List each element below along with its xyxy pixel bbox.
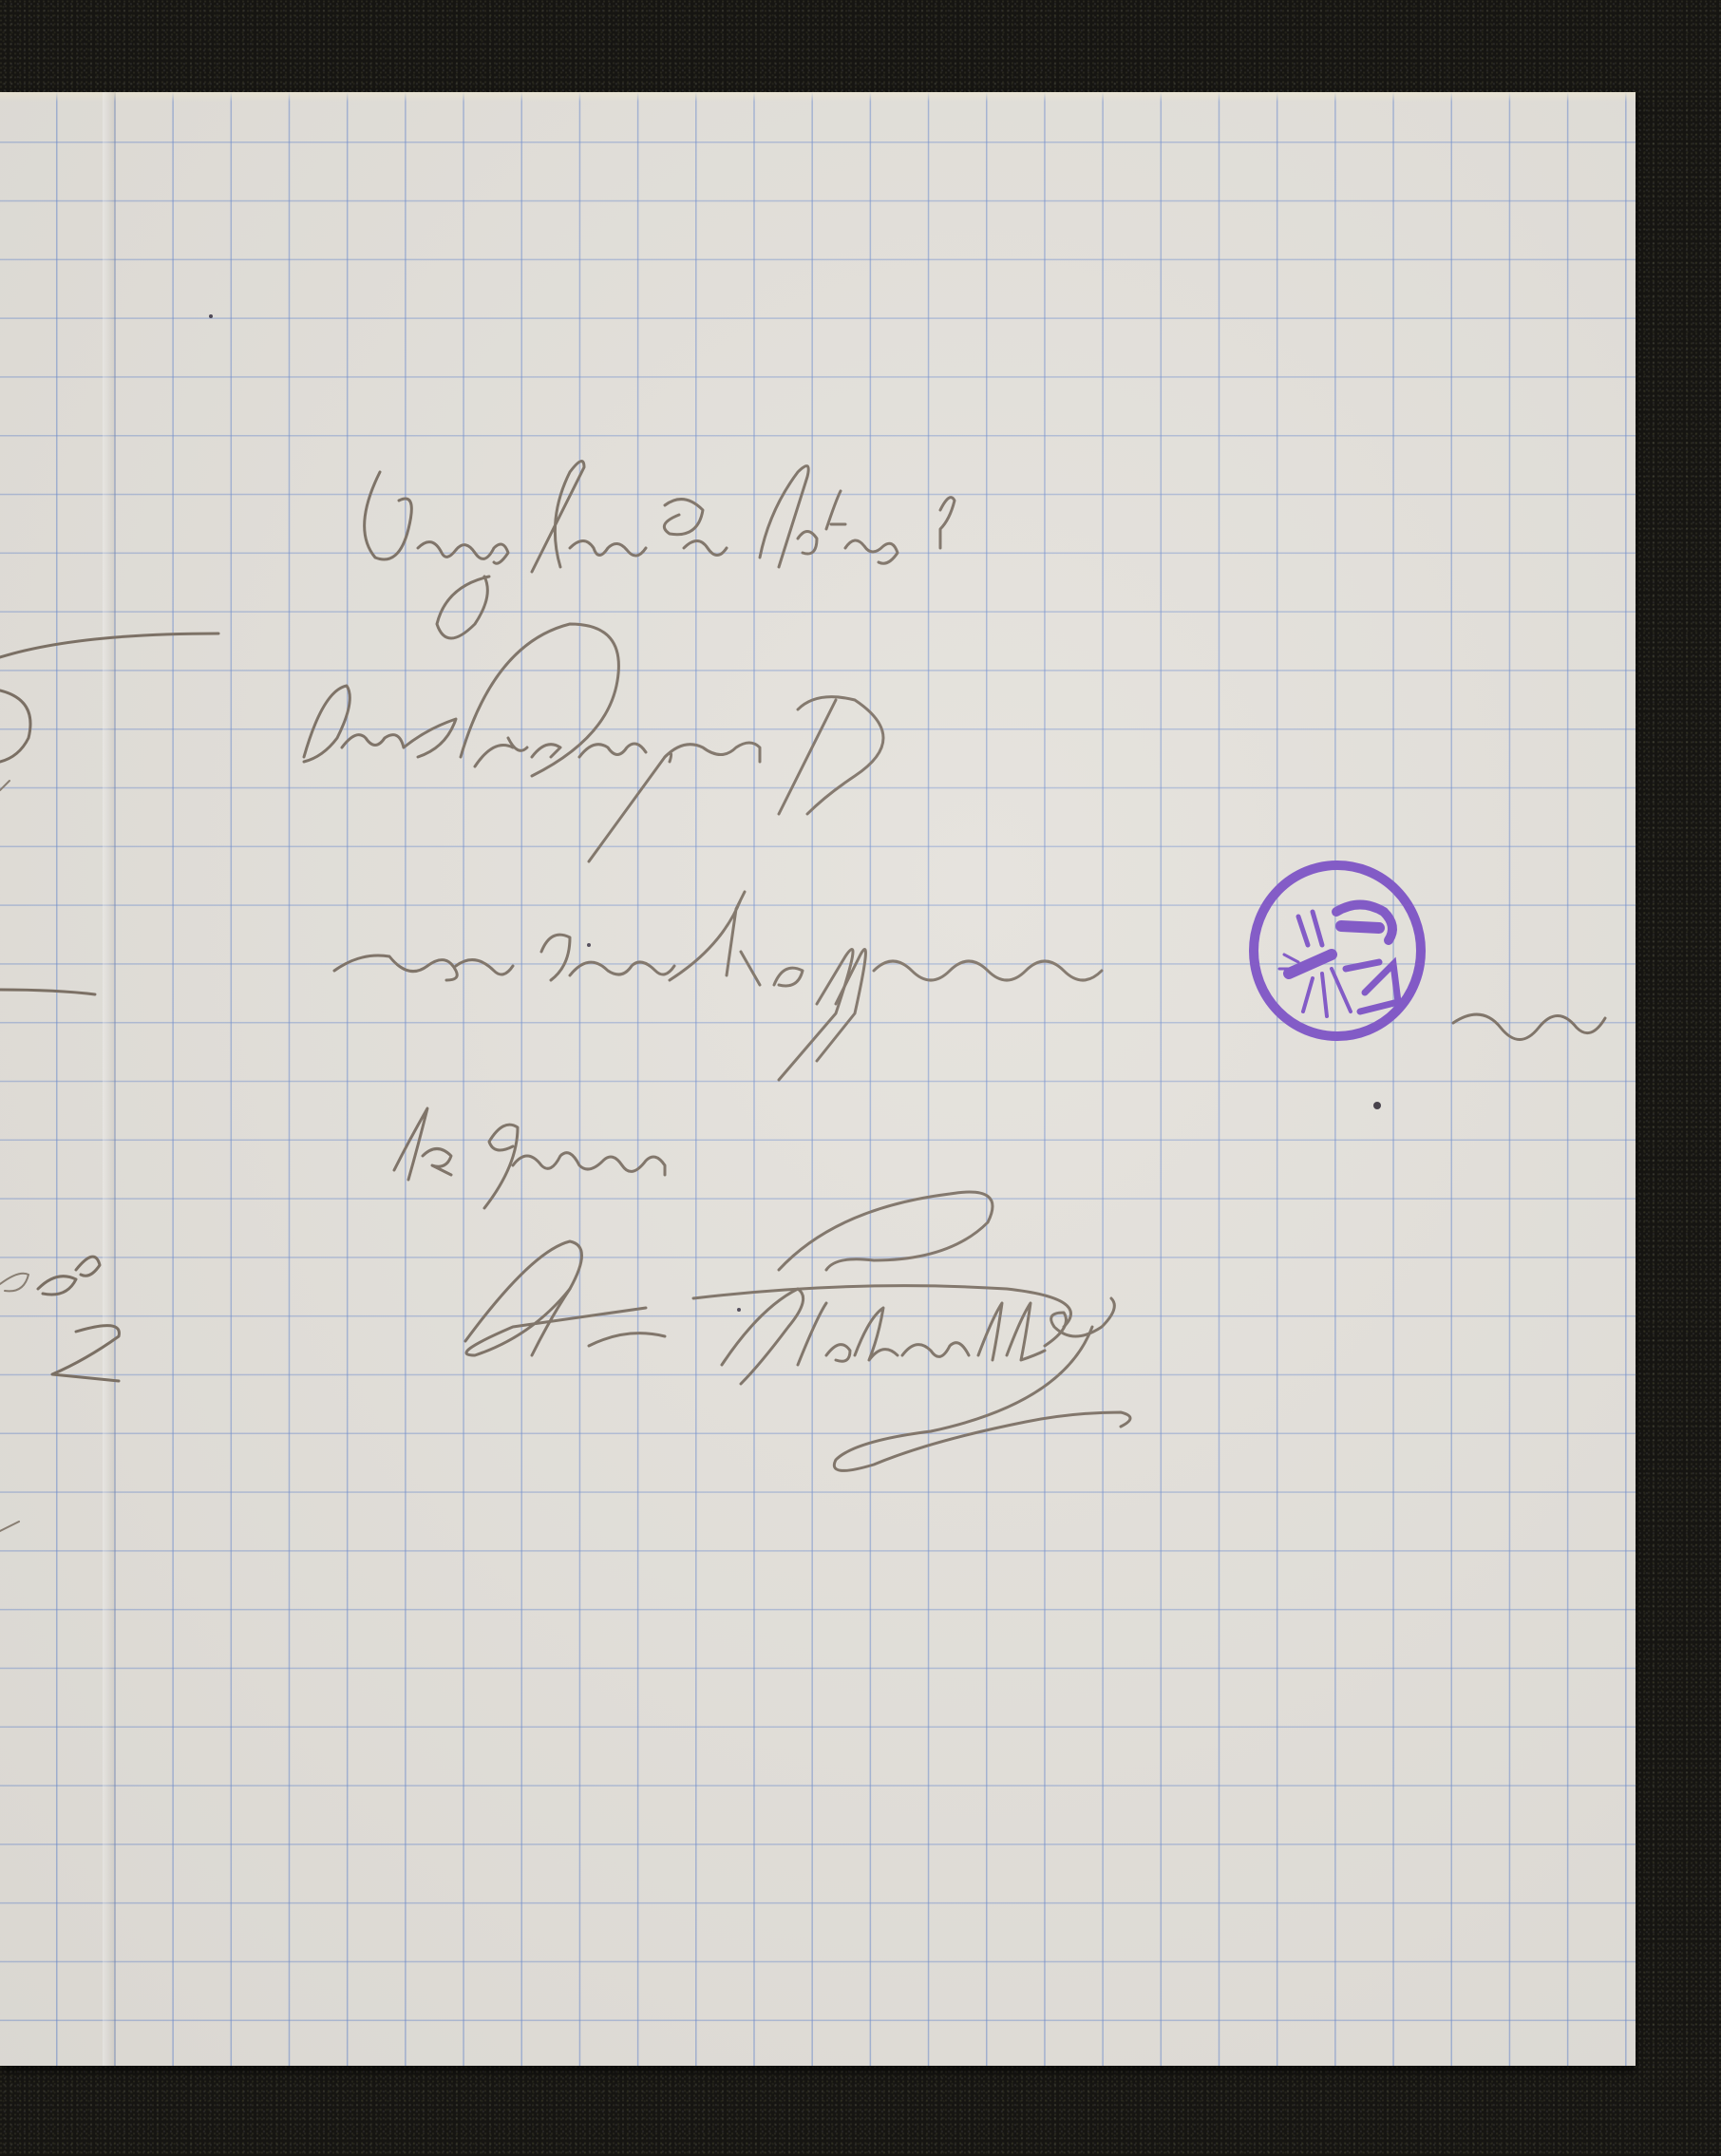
handwriting-line-2 (304, 624, 883, 861)
bee-cm-stamp-icon (1246, 860, 1428, 1042)
letter-page (0, 92, 1636, 2066)
handwriting-line-1 (365, 462, 955, 638)
left-margin-fragments (0, 634, 218, 1531)
handwriting-line-4 (394, 1108, 665, 1208)
library-stamp (1246, 860, 1428, 1042)
ink-specks (209, 314, 1381, 1312)
handwriting-layer (0, 92, 1636, 2066)
signature (465, 1192, 1130, 1470)
